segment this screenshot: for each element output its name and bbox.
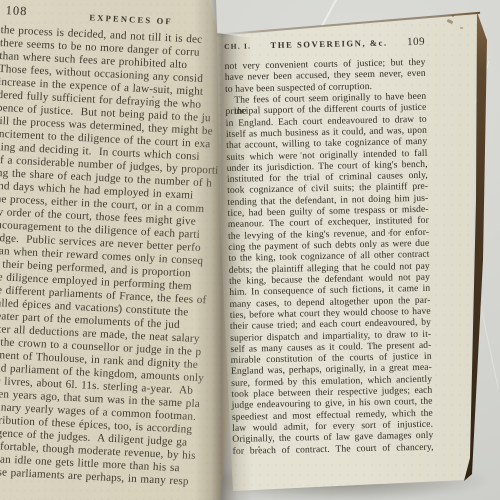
running-header-left: EXPENCES OF [89, 12, 173, 26]
paper-speck [58, 422, 60, 424]
book-photo: 108 EXPENCES OF the process is decided, … [0, 0, 500, 500]
page-number-right: 109 [407, 36, 425, 48]
paper-speck [346, 64, 348, 66]
right-page-text-block: CH. I. THE SOVEREIGN, &c. 109 not very c… [224, 36, 434, 457]
paper-speck [300, 152, 302, 154]
paper-speck [282, 382, 284, 384]
corner-blemish [460, 27, 463, 29]
running-header-right: THE SOVEREIGN, &c. [270, 38, 387, 50]
page-number-left: 108 [5, 3, 27, 19]
scratch-mark [478, 296, 499, 389]
paper-speck [30, 185, 32, 187]
paper-speck [152, 96, 154, 98]
paper-speck [416, 332, 418, 334]
paper-speck [258, 446, 260, 448]
right-page-body: not very convenient courts of justice; b… [224, 57, 433, 457]
right-page-header: CH. I. THE SOVEREIGN, &c. 109 [224, 36, 425, 52]
corner-blemish [447, 19, 454, 24]
paper-speck [118, 305, 120, 307]
paper-speck [388, 232, 390, 234]
chapter-label: CH. I. [224, 41, 251, 51]
